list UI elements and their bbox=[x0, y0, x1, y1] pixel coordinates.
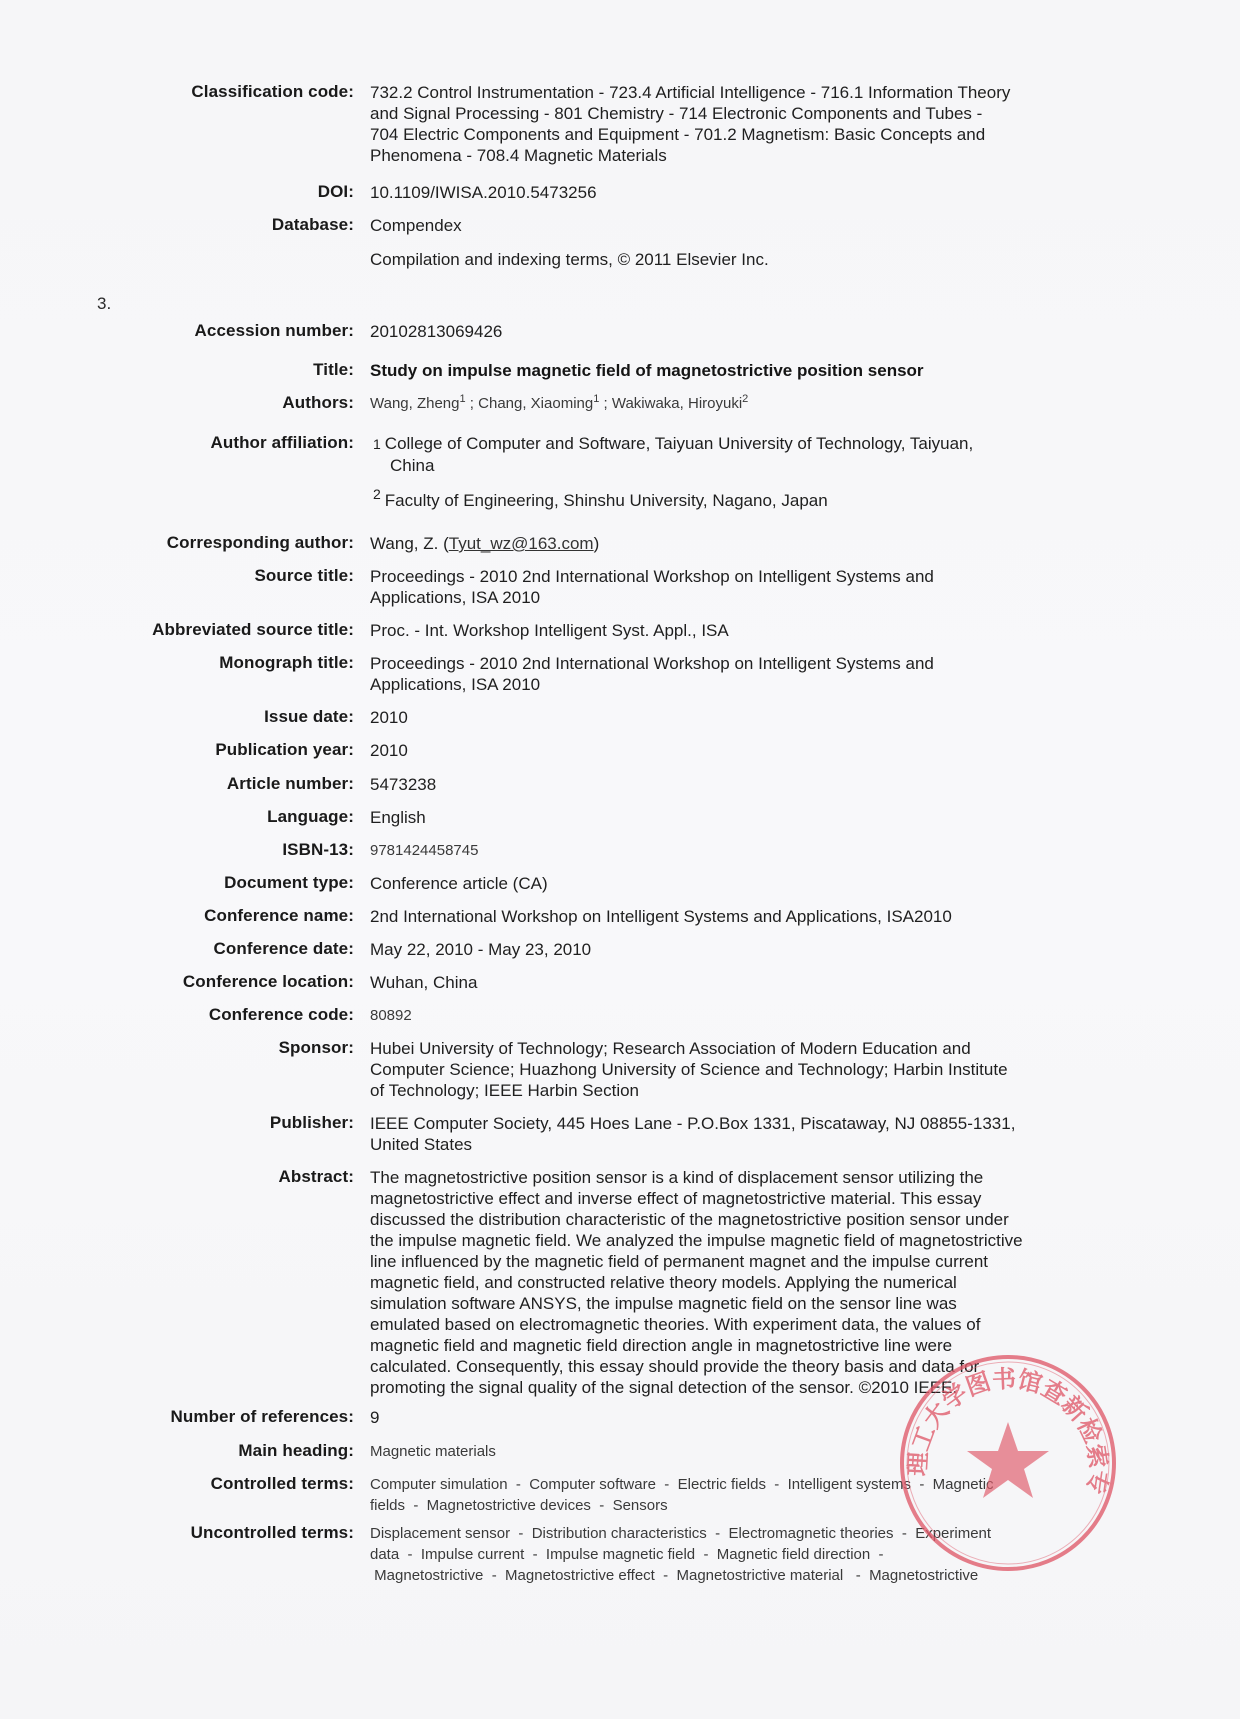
accession-number-value: 20102813069426 bbox=[370, 321, 1090, 342]
title-value: Study on impulse magnetic field of magne… bbox=[370, 360, 1090, 381]
abstract-line: promoting the signal quality of the sign… bbox=[370, 1377, 1090, 1398]
uncontrolled-terms-line[interactable]: data - Impulse current - Impulse magneti… bbox=[370, 1544, 1090, 1565]
main-heading-value[interactable]: Magnetic materials bbox=[370, 1441, 1090, 1462]
field-label: DOI: bbox=[318, 182, 354, 202]
author-name[interactable]: Wakiwaka, Hiroyuki bbox=[612, 395, 742, 412]
authors-value: Wang, Zheng1 ; Chang, Xiaoming1 ; Wakiwa… bbox=[370, 393, 1090, 414]
monograph-title-line: Proceedings - 2010 2nd International Wor… bbox=[370, 653, 1090, 674]
field-label: Controlled terms: bbox=[211, 1474, 354, 1494]
field-label: Document type: bbox=[224, 873, 354, 893]
article-number-value: 5473238 bbox=[370, 774, 1090, 795]
field-label: Conference date: bbox=[214, 939, 354, 959]
document-type-value: Conference article (CA) bbox=[370, 873, 1090, 894]
classification-line: Phenomena - 708.4 Magnetic Materials bbox=[370, 145, 1090, 166]
corresponding-author-name: Wang, Z. bbox=[370, 534, 438, 553]
source-title-line: Proceedings - 2010 2nd International Wor… bbox=[370, 566, 1090, 587]
abstract-line: calculated. Consequently, this essay sho… bbox=[370, 1356, 1090, 1377]
monograph-title-value: Proceedings - 2010 2nd International Wor… bbox=[370, 653, 1090, 695]
abstract-line: magnetic field, and constructed relative… bbox=[370, 1272, 1090, 1293]
uncontrolled-terms-line[interactable]: Magnetostrictive - Magnetostrictive effe… bbox=[370, 1565, 1090, 1586]
field-label: Issue date: bbox=[264, 707, 354, 727]
affiliation-1: 1College of Computer and Software, Taiyu… bbox=[373, 433, 1093, 476]
doi-value: 10.1109/IWISA.2010.5473256 bbox=[370, 182, 1090, 203]
field-label: Sponsor: bbox=[279, 1038, 354, 1058]
abstract-line: line influenced by the magnetic field of… bbox=[370, 1251, 1090, 1272]
field-label: Publisher: bbox=[270, 1113, 354, 1133]
paren-close: ) bbox=[594, 534, 600, 553]
affiliation-number: 1 bbox=[373, 436, 381, 452]
conference-date-value: May 22, 2010 - May 23, 2010 bbox=[370, 939, 1090, 960]
monograph-title-line: Applications, ISA 2010 bbox=[370, 674, 1090, 695]
author-name[interactable]: Wang, Zheng bbox=[370, 395, 460, 412]
sponsor-value: Hubei University of Technology; Research… bbox=[370, 1038, 1090, 1101]
field-label: Abbreviated source title: bbox=[152, 620, 354, 640]
field-label: Conference name: bbox=[204, 906, 354, 926]
abstract-line: magnetostrictive effect and inverse effe… bbox=[370, 1188, 1090, 1209]
language-value: English bbox=[370, 807, 1090, 828]
affiliation-2: 2Faculty of Engineering, Shinshu Univers… bbox=[373, 490, 1093, 511]
publication-year-value: 2010 bbox=[370, 740, 1090, 761]
conference-code-value: 80892 bbox=[370, 1005, 1090, 1026]
issue-date-value: 2010 bbox=[370, 707, 1090, 728]
controlled-terms-line[interactable]: fields - Magnetostrictive devices - Sens… bbox=[370, 1495, 1090, 1516]
affiliation-number: 2 bbox=[373, 486, 381, 502]
copyright-text: Compilation and indexing terms, © 2011 E… bbox=[370, 249, 1090, 270]
publisher-line: IEEE Computer Society, 445 Hoes Lane - P… bbox=[370, 1113, 1090, 1134]
field-label: Title: bbox=[313, 360, 354, 380]
document-page: Classification code: 732.2 Control Instr… bbox=[0, 0, 1240, 1719]
abbreviated-source-title-value: Proc. - Int. Workshop Intelligent Syst. … bbox=[370, 620, 1090, 641]
publisher-line: United States bbox=[370, 1134, 1090, 1155]
field-label: Monograph title: bbox=[219, 653, 354, 673]
sponsor-line: of Technology; IEEE Harbin Section bbox=[370, 1080, 1090, 1101]
field-label: Authors: bbox=[282, 393, 354, 413]
classification-line: 704 Electric Components and Equipment - … bbox=[370, 124, 1090, 145]
field-label: Classification code: bbox=[191, 82, 354, 102]
affiliation-text: China bbox=[373, 455, 1093, 476]
field-label: Corresponding author: bbox=[167, 533, 354, 553]
field-label: Language: bbox=[267, 807, 354, 827]
uncontrolled-terms-value: Displacement sensor - Distribution chara… bbox=[370, 1523, 1090, 1586]
field-label: Source title: bbox=[254, 566, 354, 586]
abstract-line: The magnetostrictive position sensor is … bbox=[370, 1167, 1090, 1188]
field-label: Main heading: bbox=[238, 1441, 354, 1461]
corresponding-author-value: Wang, Z. (Tyut_wz@163.com) bbox=[370, 533, 1090, 554]
abstract-line: simulation software ANSYS, the impulse m… bbox=[370, 1293, 1090, 1314]
affiliation-text: College of Computer and Software, Taiyua… bbox=[385, 434, 973, 453]
field-label: ISBN-13: bbox=[282, 840, 354, 860]
isbn13-value: 9781424458745 bbox=[370, 840, 1090, 861]
field-label: Database: bbox=[272, 215, 354, 235]
field-label: Conference code: bbox=[209, 1005, 354, 1025]
field-label: Accession number: bbox=[195, 321, 354, 341]
field-label: Author affiliation: bbox=[210, 433, 354, 453]
author-separator: ; bbox=[466, 395, 479, 412]
field-label: Article number: bbox=[227, 774, 354, 794]
abstract-line: discussed the distribution characteristi… bbox=[370, 1209, 1090, 1230]
abstract-line: the impulse magnetic field. We analyzed … bbox=[370, 1230, 1090, 1251]
author-name[interactable]: Chang, Xiaoming bbox=[478, 395, 593, 412]
email-link[interactable]: Tyut_wz@163.com bbox=[449, 534, 594, 553]
abstract-line: emulated based on electromagnetic theori… bbox=[370, 1314, 1090, 1335]
field-label: Publication year: bbox=[215, 740, 354, 760]
field-label: Abstract: bbox=[278, 1167, 354, 1187]
classification-code-value: 732.2 Control Instrumentation - 723.4 Ar… bbox=[370, 82, 1090, 166]
author-separator: ; bbox=[599, 395, 612, 412]
abstract-value: The magnetostrictive position sensor is … bbox=[370, 1167, 1090, 1398]
database-value: Compendex bbox=[370, 215, 1090, 236]
conference-location-value: Wuhan, China bbox=[370, 972, 1090, 993]
affiliation-text: Faculty of Engineering, Shinshu Universi… bbox=[385, 491, 828, 510]
controlled-terms-line[interactable]: Computer simulation - Computer software … bbox=[370, 1474, 1090, 1495]
classification-line: and Signal Processing - 801 Chemistry - … bbox=[370, 103, 1090, 124]
author-aff-sup: 2 bbox=[742, 393, 748, 405]
sponsor-line: Hubei University of Technology; Research… bbox=[370, 1038, 1090, 1059]
conference-name-value: 2nd International Workshop on Intelligen… bbox=[370, 906, 1090, 927]
field-label: Number of references: bbox=[171, 1407, 355, 1427]
source-title-value: Proceedings - 2010 2nd International Wor… bbox=[370, 566, 1090, 608]
field-label: Conference location: bbox=[183, 972, 354, 992]
number-of-references-value: 9 bbox=[370, 1407, 1090, 1428]
publisher-value: IEEE Computer Society, 445 Hoes Lane - P… bbox=[370, 1113, 1090, 1155]
classification-line: 732.2 Control Instrumentation - 723.4 Ar… bbox=[370, 82, 1090, 103]
sponsor-line: Computer Science; Huazhong University of… bbox=[370, 1059, 1090, 1080]
field-label: Uncontrolled terms: bbox=[191, 1523, 354, 1543]
source-title-line: Applications, ISA 2010 bbox=[370, 587, 1090, 608]
controlled-terms-value: Computer simulation - Computer software … bbox=[370, 1474, 1090, 1516]
record-index: 3. bbox=[97, 294, 111, 314]
abstract-line: magnetic field and magnetic field direct… bbox=[370, 1335, 1090, 1356]
uncontrolled-terms-line[interactable]: Displacement sensor - Distribution chara… bbox=[370, 1523, 1090, 1544]
